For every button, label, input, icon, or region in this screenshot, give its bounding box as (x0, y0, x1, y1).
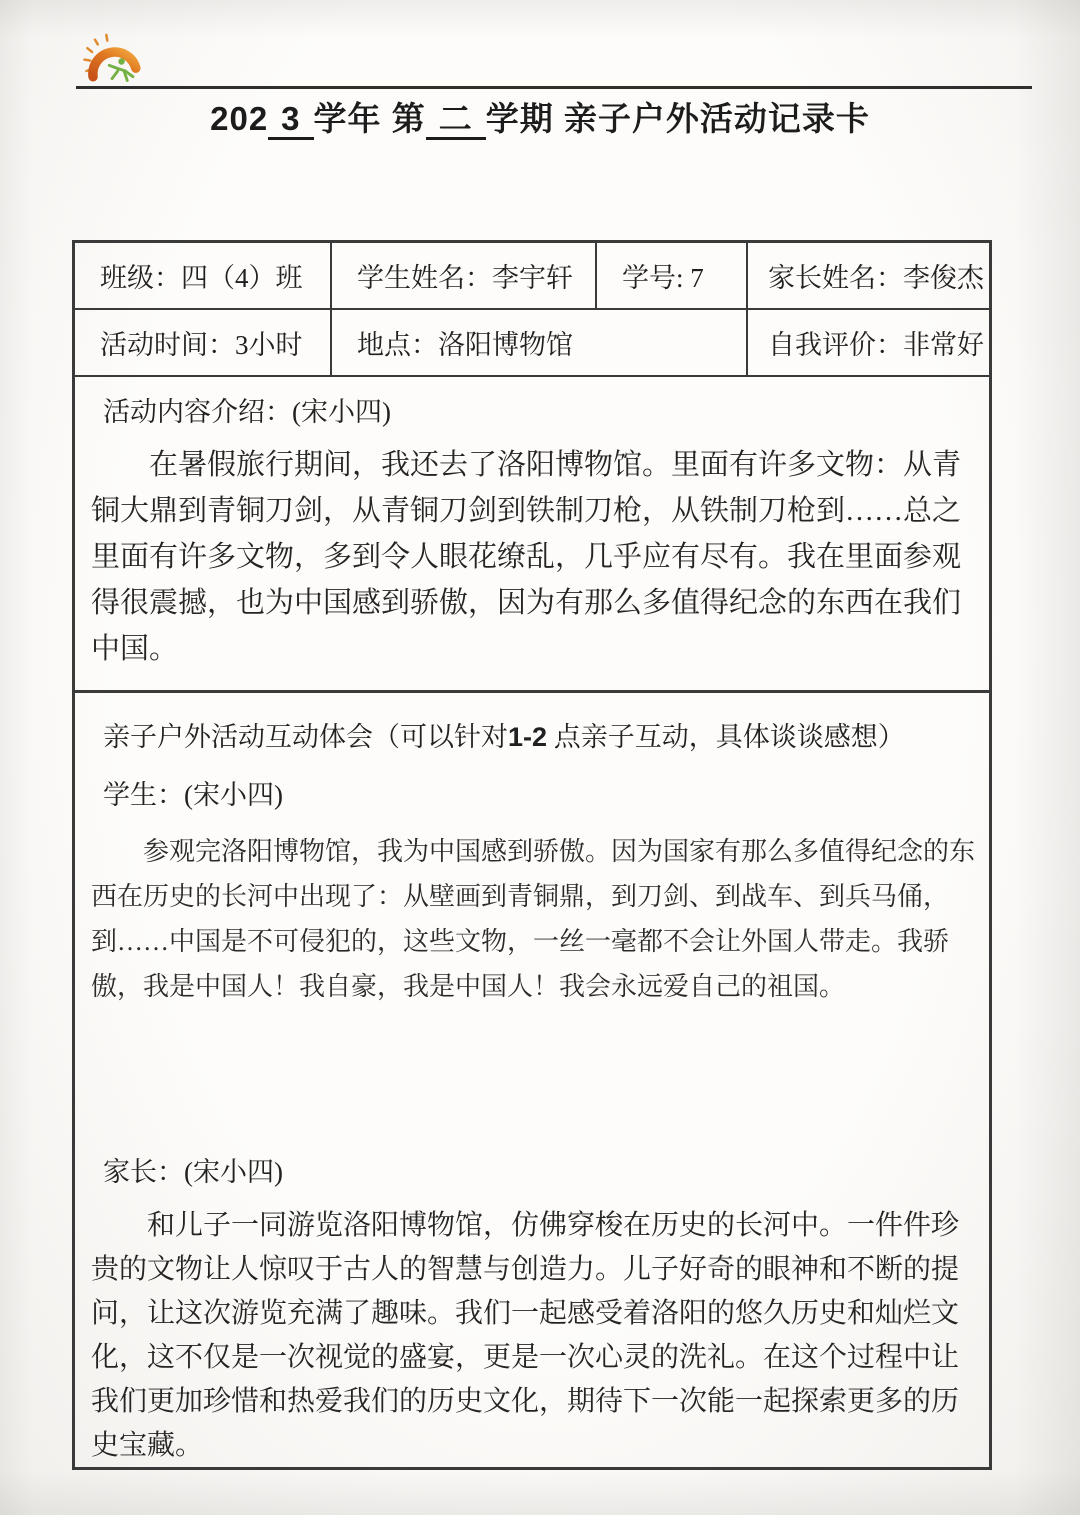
page-title: 2023学年 第二学期 亲子户外活动记录卡 (0, 93, 1080, 140)
reflection-header-prefix: 亲子户外活动互动体会（可以针对 (103, 722, 508, 752)
parent-reflection-paragraph: 和儿子一同游览洛阳博物馆，仿佛穿梭在历史的长河中。一件件珍贵的文物让人惊叹于古人… (91, 1204, 977, 1468)
student-name-cell: 学生姓名：李宇轩 (332, 243, 597, 308)
reflection-header: 亲子户外活动互动体会（可以针对1-2 点亲子互动，具体谈谈感想） (91, 719, 977, 755)
parent-reflection-label: 家长：(宋小四) (91, 1154, 977, 1190)
duration-cell: 活动时间：3小时 (75, 310, 332, 375)
header-divider (76, 86, 1032, 89)
activity-intro-paragraph: 在暑假旅行期间，我还去了洛阳博物馆。里面有许多文物：从青铜大鼎到青铜刀剑，从青铜… (91, 442, 977, 672)
title-year-digit: 3 (268, 102, 313, 140)
record-table: 班级：四（4）班 学生姓名：李宇轩 学号: 7 家长姓名：李俊杰 活动时间：3小… (72, 240, 992, 1470)
student-id-cell: 学号: 7 (597, 243, 748, 308)
sun-runner-logo-svg (82, 33, 144, 90)
reflection-section: 亲子户外活动互动体会（可以针对1-2 点亲子互动，具体谈谈感想） 学生：(宋小四… (75, 693, 989, 1468)
table-row-activity: 活动时间：3小时 地点：洛阳博物馆 自我评价：非常好 (75, 310, 989, 377)
title-prefix: 202 (210, 100, 268, 137)
class-cell: 班级：四（4）班 (75, 243, 332, 308)
self-evaluation-cell: 自我评价：非常好 (748, 310, 989, 375)
activity-record-document: 2023学年 第二学期 亲子户外活动记录卡 班级：四（4）班 学生姓名：李宇轩 … (0, 0, 1080, 1515)
table-row-identity: 班级：四（4）班 学生姓名：李宇轩 学号: 7 家长姓名：李俊杰 (75, 243, 989, 310)
activity-intro-section: 活动内容介绍：(宋小四) 在暑假旅行期间，我还去了洛阳博物馆。里面有许多文物：从… (75, 377, 989, 693)
student-reflection-label: 学生：(宋小四) (91, 777, 977, 813)
sun-runner-logo-icon (82, 33, 144, 90)
title-suffix: 学期 亲子户外活动记录卡 (486, 100, 870, 137)
location-cell: 地点：洛阳博物馆 (332, 310, 748, 375)
title-middle: 学年 第 (314, 100, 426, 137)
student-reflection-paragraph: 参观完洛阳博物馆，我为中国感到骄傲。因为国家有那么多值得纪念的东西在历史的长河中… (91, 829, 977, 1009)
parent-name-cell: 家长姓名：李俊杰 (748, 243, 989, 308)
reflection-header-suffix: 点亲子互动，具体谈谈感想） (547, 722, 905, 752)
reflection-header-bold: 1-2 (508, 722, 547, 752)
title-term: 二 (426, 102, 486, 140)
activity-intro-label: 活动内容介绍：(宋小四) (91, 394, 977, 430)
